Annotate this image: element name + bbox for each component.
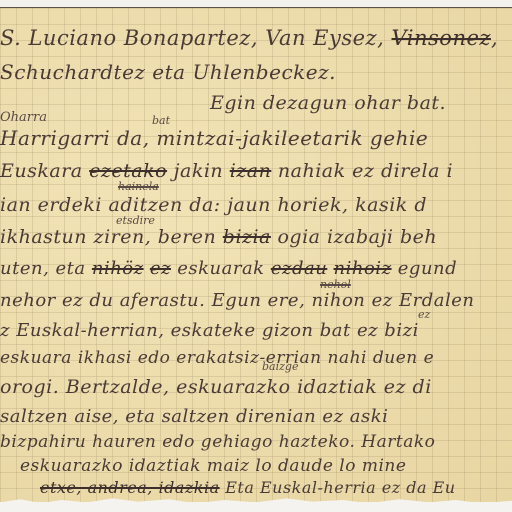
line-2-text: Schuchardtez eta Uhlenbeckez. bbox=[0, 60, 336, 84]
manuscript-line-8: uten, eta nihöz ez eskuarak ezdau nihoiz… bbox=[0, 258, 457, 279]
manuscript-line-5: Euskara ezetako jakin izan nahiak ez dir… bbox=[0, 160, 453, 182]
manuscript-line-15: eskuarazko idaztiak maiz lo daude lo min… bbox=[20, 456, 406, 476]
line-8-text-a: uten, eta bbox=[0, 258, 92, 279]
line-7-text-a: ikhastun ziren, beren bbox=[0, 226, 223, 248]
line-12-text: orogi. Bertzalde, eskuarazko idaztiak ez… bbox=[0, 376, 432, 398]
manuscript-line-2: Schuchardtez eta Uhlenbeckez. bbox=[0, 60, 336, 84]
line-8-strikethrough-b: ez bbox=[150, 258, 171, 279]
interlinear-insert-ez: ez bbox=[418, 308, 430, 321]
line-9-text: nehor ez du aferastu. Egun ere, nihon ez… bbox=[0, 290, 474, 311]
manuscript-line-16: etxe, andrea, idazkia Eta Euskal-herria … bbox=[40, 478, 456, 497]
line-14-text: bizpahiru hauren edo gehiago hazteko. Ha… bbox=[0, 432, 435, 452]
line-5-strikethrough-b: izan bbox=[230, 160, 272, 182]
line-16-strikethrough: etxe, andrea, idazkia bbox=[40, 478, 220, 497]
line-8-text-c: egund bbox=[392, 258, 458, 279]
manuscript-line-3-heading: Egin dezagun ohar bat. bbox=[210, 92, 446, 114]
line-5-text-b: jakin bbox=[167, 160, 230, 182]
margin-note-oharra: Oharra bbox=[0, 110, 47, 125]
line-5-text-a: Euskara bbox=[0, 160, 89, 182]
line-6-text: ian erdeki aditzen da: jaun horiek, kasi… bbox=[0, 194, 427, 216]
manuscript-line-13: saltzen aise, eta saltzen direnian ez as… bbox=[0, 406, 388, 427]
line-8-strikethrough-a: nihöz bbox=[92, 258, 144, 279]
manuscript-page: S. Luciano Bonapartez, Van Eysez, Vinson… bbox=[0, 7, 512, 502]
line-1-text-a: S. Luciano Bonapartez, Van Eysez, bbox=[0, 26, 391, 50]
manuscript-line-4: Harrigarri da, mintzai-jakileetarik gehi… bbox=[0, 126, 428, 150]
line-4-text: Harrigarri da, mintzai-jakileetarik gehi… bbox=[0, 126, 428, 150]
line-13-text: saltzen aise, eta saltzen direnian ez as… bbox=[0, 406, 388, 427]
line-16-text: Eta Euskal-herria ez da Eu bbox=[220, 478, 456, 497]
manuscript-line-12: orogi. Bertzalde, eskuarazko idaztiak ez… bbox=[0, 376, 432, 398]
line-7-strikethrough: bizia bbox=[223, 226, 271, 248]
line-8-strikethrough-d: nihoiz bbox=[334, 258, 392, 279]
line-7-text-b: ogia izabaji beh bbox=[271, 226, 437, 248]
manuscript-line-9: nehor ez du aferastu. Egun ere, nihon ez… bbox=[0, 290, 474, 311]
interlinear-insert-hainela: hainela bbox=[118, 180, 159, 193]
manuscript-line-7: ikhastun ziren, beren bizia ogia izabaji… bbox=[0, 226, 437, 248]
line-8-strikethrough-c: ezdau bbox=[271, 258, 327, 279]
line-5-text-c: nahiak ez direla i bbox=[271, 160, 453, 182]
manuscript-line-14: bizpahiru hauren edo gehiago hazteko. Ha… bbox=[0, 432, 435, 452]
interlinear-insert-baizge: baizge bbox=[262, 360, 298, 373]
line-5-strikethrough-a: ezetako bbox=[89, 160, 167, 182]
line-1-text-b: , bbox=[491, 26, 498, 50]
manuscript-line-1: S. Luciano Bonapartez, Van Eysez, Vinson… bbox=[0, 26, 498, 50]
manuscript-line-6: ian erdeki aditzen da: jaun horiek, kasi… bbox=[0, 194, 427, 216]
line-1-strikethrough: Vinsonez bbox=[391, 26, 490, 50]
line-3-text: Egin dezagun ohar bat. bbox=[210, 92, 446, 114]
scan-top-margin bbox=[0, 0, 512, 7]
line-10-text: z Euskal-herrian, eskateke gizon bat ez … bbox=[0, 320, 419, 341]
manuscript-line-11: eskuara ikhasi edo erakatsiz-errian nahi… bbox=[0, 348, 434, 368]
line-8-text-b: eskuarak bbox=[171, 258, 271, 279]
line-15-text: eskuarazko idaztiak maiz lo daude lo min… bbox=[20, 456, 406, 476]
manuscript-line-10: z Euskal-herrian, eskateke gizon bat ez … bbox=[0, 320, 419, 341]
line-11-text: eskuara ikhasi edo erakatsiz-errian nahi… bbox=[0, 348, 434, 368]
